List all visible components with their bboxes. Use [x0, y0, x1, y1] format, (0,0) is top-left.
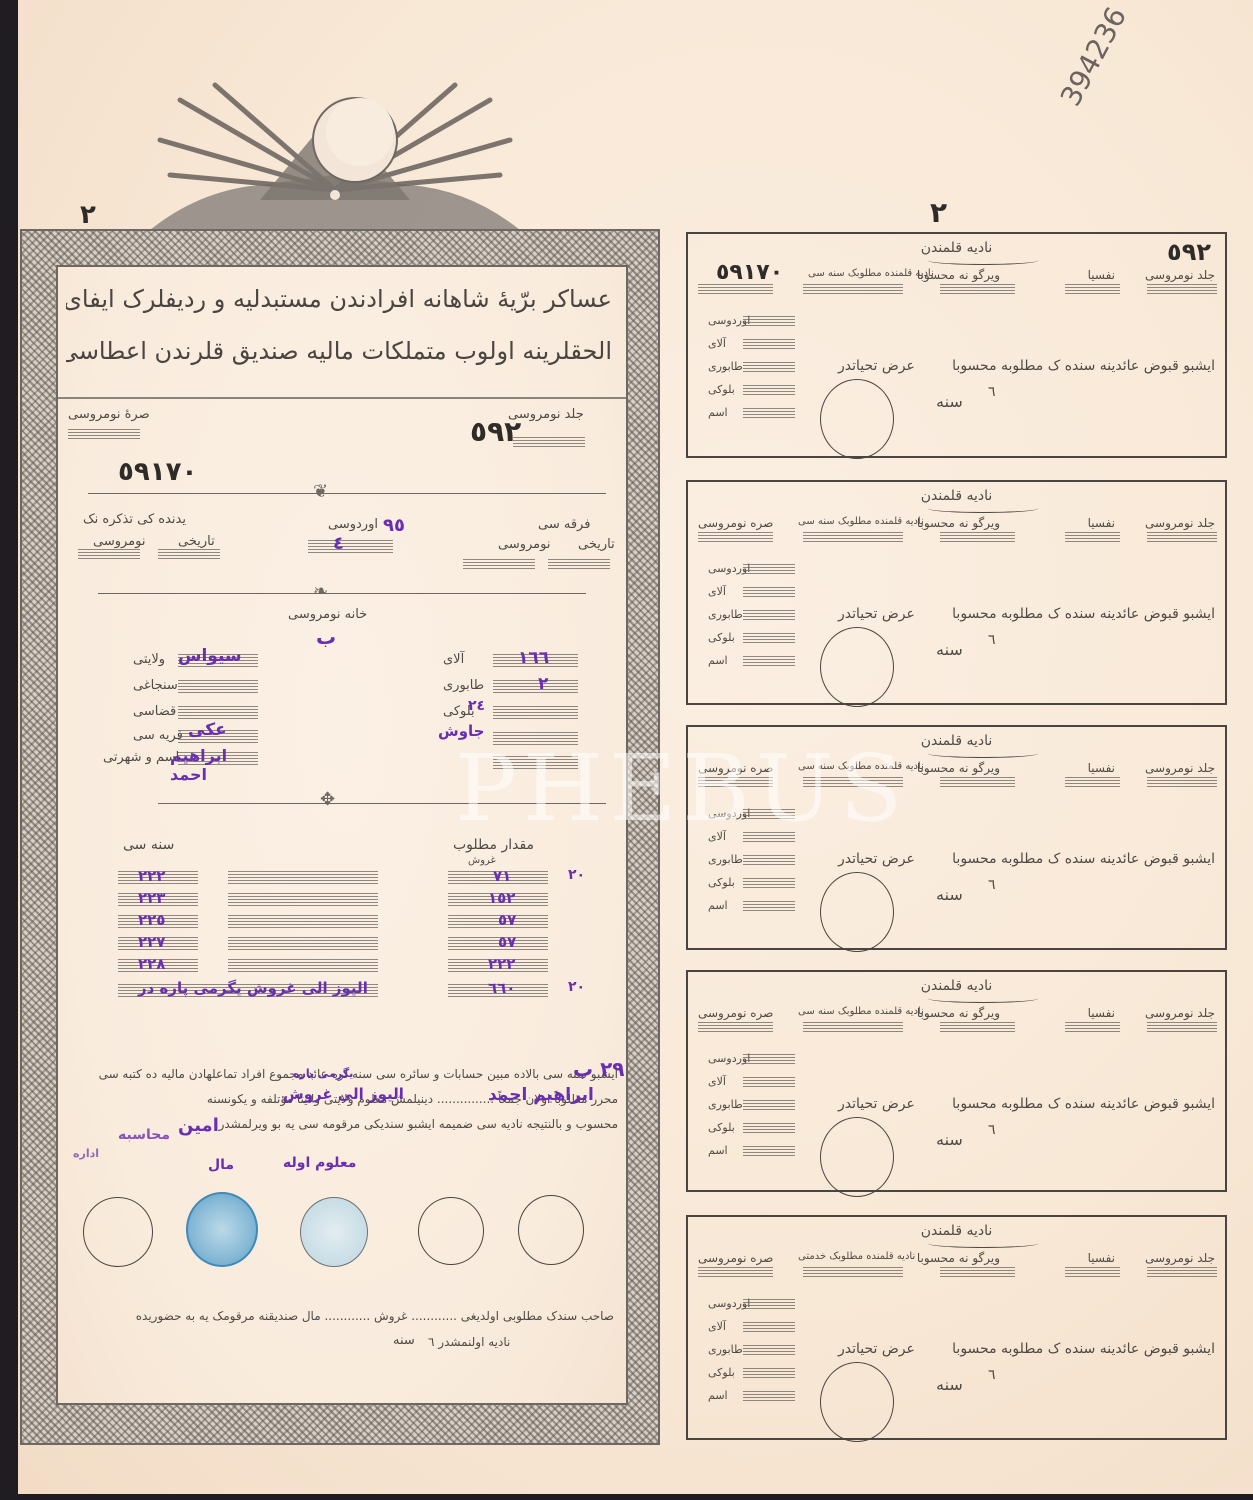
table-total-row: الیوز الی غروش یگرمی پاره در ٦٦٠ ٢٠: [118, 979, 598, 1003]
coupon-header: صره نومروسی: [698, 1251, 773, 1265]
coupon-header: نادیه قلمنده مطلوبک خدمتی: [798, 1251, 915, 1262]
side-field-label: بلوکی: [708, 1366, 735, 1379]
coupon-title: نادیه قلمندن: [688, 978, 1225, 994]
footer-line-1: صاحب سندک مطلوبی اولدیغی ............ غر…: [68, 1309, 614, 1323]
table-row: ٢٢٧ ٥٧: [118, 933, 598, 955]
title-swash: [928, 256, 1038, 265]
coupon-statement: ایشبو قبوض عائدینه سنده ک مطلوبه محسوبا: [952, 1341, 1215, 1357]
side-field-label: بلوکی: [708, 383, 735, 396]
side-field-label: طابوری: [708, 1343, 743, 1356]
signature-5: اداره: [73, 1147, 99, 1160]
table-row: ٢٢٥ ٥٧: [118, 911, 598, 933]
side-field-label: آلای: [708, 830, 726, 843]
coupon-header: جلد نومروسی: [1145, 516, 1215, 530]
official-seal-blue: [186, 1192, 258, 1267]
vilayet-value: سیواس: [178, 646, 242, 666]
signature-4: معلوم اوله: [283, 1155, 356, 1171]
title-swash: [928, 504, 1038, 513]
footer-sene: سنه: [393, 1333, 415, 1348]
handwritten-extra: یگرمی پاره: [293, 1067, 353, 1080]
certificate-body: عساکر برّیهٔ شاهانه افرادندن مستبدلیه و …: [56, 265, 628, 1405]
side-field-label: آلای: [708, 1320, 726, 1333]
coupon-sene: سنه: [936, 1130, 963, 1149]
certificate-title: عساکر برّیهٔ شاهانه افرادندن مستبدلیه و …: [58, 267, 626, 399]
sira-numarasi-label: صرهٔ نومروسی: [68, 407, 150, 422]
seal-circle-empty: [518, 1195, 584, 1265]
ornamental-divider-1: [88, 493, 606, 494]
handwritten-sum: الیوز الی غروش: [283, 1085, 404, 1103]
karye-value: عکی: [188, 720, 227, 740]
sancak-field: [178, 680, 258, 694]
coupon-sene: سنه: [936, 392, 963, 411]
karye-label: قریه سی: [133, 728, 183, 743]
coupon-header: صره نومروسی: [698, 761, 773, 775]
side-field-label: بلوکی: [708, 631, 735, 644]
coupon-statement: ایشبو قبوض عائدینه سنده ک مطلوبه محسوبا: [952, 1096, 1215, 1112]
coupon-arz: عرض تحیاتدر: [838, 1341, 915, 1357]
coupon-header: ویرگو نه محسوبا: [917, 1006, 1000, 1020]
rutbe-field: [493, 732, 578, 746]
side-field-label: طابوری: [708, 608, 743, 621]
title-swash: [928, 1239, 1038, 1248]
alay-label: آلای: [443, 652, 464, 667]
hane-value: ب: [316, 625, 336, 649]
coupon-arz: عرض تحیاتدر: [838, 851, 915, 867]
scan-edge-left: [0, 0, 18, 1500]
kaza-label: قضاسی: [133, 704, 176, 719]
side-field-label: بلوکی: [708, 876, 735, 889]
coupon-year-digit: ٦: [988, 384, 996, 400]
tabur-label: طابوری: [443, 678, 484, 693]
coupon-sene: سنه: [936, 640, 963, 659]
coupon-year-digit: ٦: [988, 877, 996, 893]
coupon-header: نفسیا: [1088, 761, 1115, 775]
title-line-2: الحقلرینه اولوب متملکات مالیه صندیق قلرن…: [66, 337, 612, 365]
coupon-header: ویرگو نه محسوبا: [917, 761, 1000, 775]
coupon-header: نادیه قلمنده مطلوبک سنه سی: [808, 268, 934, 279]
coupon-4: نادیه قلمندن جلد نومروسی نفسیا ویرگو نه …: [686, 970, 1227, 1192]
amount-header: مقدار مطلوب: [453, 837, 534, 853]
side-field-label: طابوری: [708, 1098, 743, 1111]
seal-circle-empty: [418, 1197, 484, 1265]
side-field-label: اسم: [708, 406, 728, 419]
rutbe-value: جاوش: [438, 722, 484, 740]
side-field-label: آلای: [708, 585, 726, 598]
footer-line-2: نادیه اولنمشدر ٦: [428, 1335, 510, 1349]
sancak-label: سنجاغی: [133, 678, 178, 693]
title-line-1: عساکر برّیهٔ شاهانه افرادندن مستبدلیه و …: [66, 285, 612, 313]
hane-label: خانه نومروسی: [288, 607, 367, 622]
coupon-header: جلد نومروسی: [1145, 268, 1215, 282]
coupon-header: جلد نومروسی: [1145, 761, 1215, 775]
title-swash: [928, 749, 1038, 758]
official-seal-faded: [300, 1197, 368, 1267]
coupon-seal-circle: [820, 1362, 894, 1442]
coupon-header: ویرگو نه محسوبا: [917, 1251, 1000, 1265]
isim-label: اسم و شهرتی: [103, 750, 179, 765]
tezkere-numarasi-label: نومروسی: [93, 534, 145, 549]
coupon-year-digit: ٦: [988, 632, 996, 648]
coupon-3: نادیه قلمندن جلد نومروسی نفسیا ویرگو نه …: [686, 725, 1227, 950]
page-number-left: ٢: [80, 200, 96, 230]
coupon-header: نفسیا: [1088, 1006, 1115, 1020]
coupon-year-digit: ٦: [988, 1367, 996, 1383]
side-field-label: اسم: [708, 1144, 728, 1157]
coupon-header: نفسیا: [1088, 1251, 1115, 1265]
coupon-header: صره نومروسی: [698, 516, 773, 530]
side-field-label: آلای: [708, 337, 726, 350]
signature-3: مال: [208, 1157, 234, 1173]
coupon-1: نادیه قلمندن ٥٩٢ ٥٩١٧٠ جلد نومروسی نفسیا…: [686, 232, 1227, 458]
table-row: ٢٢٣ ١٥٢: [118, 889, 598, 911]
scan-edge-bottom: [0, 1494, 1253, 1500]
handwritten-name: ابراهیم احمد: [488, 1085, 594, 1105]
tabur-field: [493, 680, 578, 694]
side-field-label: آلای: [708, 1075, 726, 1088]
ornamental-divider-3: [158, 803, 606, 804]
tabur-value: ٢: [538, 674, 548, 694]
coupon-2: نادیه قلمندن جلد نومروسی نفسیا ویرگو نه …: [686, 480, 1227, 705]
ordu-value: ٤: [333, 533, 344, 554]
coupon-year-digit: ٦: [988, 1122, 996, 1138]
coupon-title: نادیه قلمندن: [688, 240, 1225, 256]
signature-1: محاسبه: [118, 1127, 170, 1143]
certificate-ornamental-border: عساکر برّیهٔ شاهانه افرادندن مستبدلیه و …: [20, 229, 660, 1445]
ottoman-coat-of-arms-icon: [140, 80, 530, 230]
coupon-cilt-number: ٥٩٢: [1167, 238, 1211, 266]
coupon-statement: ایشبو قبوض عائدینه سنده ک مطلوبه محسوبا: [952, 358, 1215, 374]
coupon-header: نفسیا: [1088, 268, 1115, 282]
tezkere-tarihi-field: [158, 549, 220, 561]
coupon-arz: عرض تحیاتدر: [838, 1096, 915, 1112]
coupon-seal-circle: [820, 872, 894, 952]
vilayet-label: ولایتی: [133, 652, 165, 667]
coupon-header: صره نومروسی: [698, 1006, 773, 1020]
coupon-statement: ایشبو قبوض عائدینه سنده ک مطلوبه محسوبا: [952, 851, 1215, 867]
serial-number: ٥٩١٧٠: [118, 457, 197, 487]
ordusu-label: اوردوسی: [328, 517, 378, 532]
amounts-table: ٢٢٢ ٧١ ٢٠ ٢٢٣ ١٥٢ ٢٢٥ ٥٧: [118, 867, 598, 1017]
coupon-seal-circle: [820, 1117, 894, 1197]
kurus-header: غروش: [468, 855, 496, 866]
coupon-arz: عرض تحیاتدر: [838, 606, 915, 622]
coupon-header: ویرگو نه محسوبا: [917, 516, 1000, 530]
coupon-seal-circle: [820, 379, 894, 459]
firka-tarihi-field: [548, 559, 610, 571]
coupon-sene: سنه: [936, 1375, 963, 1394]
coupon-header: جلد نومروسی: [1145, 1251, 1215, 1265]
extra-field: [493, 756, 578, 770]
boluk-field: [493, 706, 578, 720]
title-swash: [928, 994, 1038, 1003]
coupon-seal-circle: [820, 627, 894, 707]
handwritten-date: ٢٩ ب: [573, 1057, 624, 1081]
cilt-numarasi-field: [513, 437, 585, 449]
tezkere-numarasi-field: [78, 549, 140, 561]
coupon-statement: ایشبو قبوض عائدینه سنده ک مطلوبه محسوبا: [952, 606, 1215, 622]
coupon-title: نادیه قلمندن: [688, 733, 1225, 749]
alay-value: ١٦٦: [518, 648, 549, 668]
tezkere-label: یدنده کی تذکره نک: [83, 512, 186, 527]
ordu-note: ٩٥: [383, 515, 405, 536]
side-field-label: اسم: [708, 1389, 728, 1402]
coupon-serial-number: ٥٩١٧٠: [716, 260, 783, 285]
side-field-label: اسم: [708, 654, 728, 667]
firka-numarasi-label: نومروسی: [498, 537, 550, 552]
coupon-sene: سنه: [936, 885, 963, 904]
ornament-icon: ✥: [320, 789, 335, 810]
firka-numarasi-field: [463, 559, 535, 571]
sira-numarasi-field: [68, 429, 140, 441]
coupon-header: نادیه قلمنده مطلوبک سنه سی: [798, 761, 924, 772]
isim-value: ابراهیم احمد: [170, 746, 268, 784]
coupon-header: جلد نومروسی: [1145, 1006, 1215, 1020]
coupon-title: نادیه قلمندن: [688, 488, 1225, 504]
coupon-header: نادیه قلمنده مطلوبک سنه سی: [798, 516, 924, 527]
coupon-5: نادیه قلمندن جلد نومروسی نفسیا ویرگو نه …: [686, 1215, 1227, 1440]
boluk-value: ٢٤: [468, 698, 485, 714]
tezkere-tarihi-label: تاریخی: [178, 534, 215, 549]
year-header: سنه سی: [123, 837, 174, 853]
ornament-icon: ❧: [313, 581, 328, 602]
coupon-header: نادیه قلمنده مطلوبک سنه سی: [798, 1006, 924, 1017]
coupon-header: نفسیا: [1088, 516, 1115, 530]
signature-2: امین: [178, 1115, 219, 1136]
ornamental-divider-2: [98, 593, 586, 594]
firkasi-label: فرقه سی: [538, 517, 590, 532]
table-row: ٢٢٢ ٧١ ٢٠: [118, 867, 598, 889]
coupon-arz: عرض تحیاتدر: [838, 358, 915, 374]
ordusu-field: [308, 540, 393, 554]
seal-circle-empty: [83, 1197, 153, 1267]
side-field-label: طابوری: [708, 360, 743, 373]
firka-tarihi-label: تاریخی: [578, 537, 615, 552]
table-row: ٢٢٨ ٢٢٢: [118, 955, 598, 977]
side-field-label: اسم: [708, 899, 728, 912]
coupon-title: نادیه قلمندن: [688, 1223, 1225, 1239]
side-field-label: بلوکی: [708, 1121, 735, 1134]
kaza-field: [178, 706, 258, 720]
ornament-icon: ❦: [313, 481, 328, 502]
side-field-label: طابوری: [708, 853, 743, 866]
page-number-right: ٢: [930, 196, 947, 229]
